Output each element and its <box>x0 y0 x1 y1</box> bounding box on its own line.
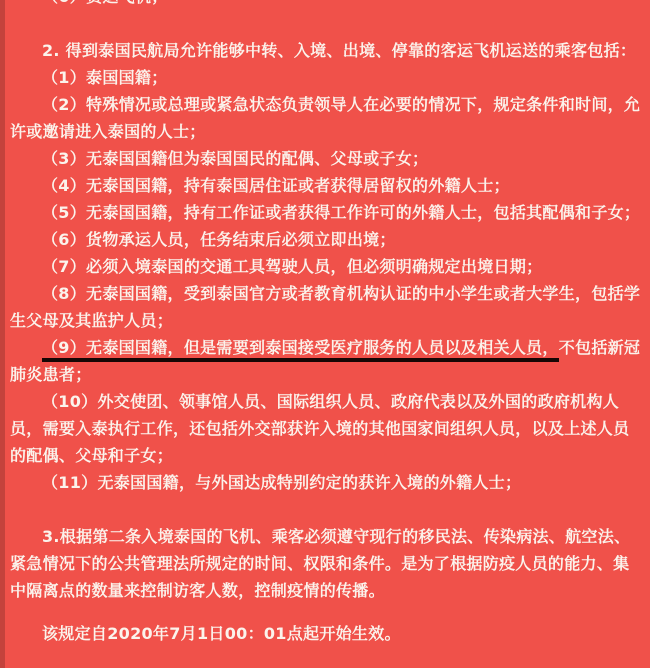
section-2-heading: 2. 得到泰国民航局允许能够中转、入境、出境、停靠的客运飞机运送的乘客包括： <box>10 37 641 64</box>
list-item-11: （11）无泰国国籍，与外国达成特别约定的获许入境的外籍人士； <box>10 469 641 496</box>
list-item-3: （3）无泰国国籍但为泰国国民的配偶、父母或子女； <box>10 145 641 172</box>
announcement-page: （6）货运飞机； 2. 得到泰国民航局允许能够中转、入境、出境、停靠的客运飞机运… <box>0 0 650 668</box>
list-item-10: （10）外交使团、领事馆人员、国际组织人员、政府代表以及外国的政府机构人员，需要… <box>10 388 641 469</box>
list-item-9: （9）无泰国国籍，但是需要到泰国接受医疗服务的人员以及相关人员，不包括新冠肺炎患… <box>10 334 641 388</box>
list-item-8: （8）无泰国国籍，受到泰国官方或者教育机构认证的中小学生或者大学生，包括学生父母… <box>10 280 641 334</box>
clipped-top-line: （6）货运飞机； <box>10 0 641 10</box>
list-item-2: （2）特殊情况或总理或紧急状态负责领导人在必要的情况下，规定条件和时间，允许或邀… <box>10 91 641 145</box>
article-body: （6）货运飞机； 2. 得到泰国民航局允许能够中转、入境、出境、停靠的客运飞机运… <box>10 0 641 647</box>
list-item-1: （1）泰国国籍； <box>10 64 641 91</box>
left-edge-strip <box>0 0 5 668</box>
list-item-7: （7）必须入境泰国的交通工具驾驶人员，但必须明确规定出境日期； <box>10 253 641 280</box>
list-item-6: （6）货物承运人员，任务结束后必须立即出境； <box>10 226 641 253</box>
list-item-4: （4）无泰国国籍，持有泰国居住证或者获得居留权的外籍人士； <box>10 172 641 199</box>
effective-date-line: 该规定自2020年7月1日00：01点起开始生效。 <box>10 620 641 647</box>
list-item-5: （5）无泰国国籍，持有工作证或者获得工作许可的外籍人士，包括其配偶和子女； <box>10 199 641 226</box>
section-3-paragraph: 3.根据第二条入境泰国的飞机、乘客必须遵守现行的移民法、传染病法、航空法、紧急情… <box>10 523 641 604</box>
underlined-medical-clause: （9）无泰国国籍，但是需要到泰国接受医疗服务的人员以及相关人员， <box>42 338 559 362</box>
